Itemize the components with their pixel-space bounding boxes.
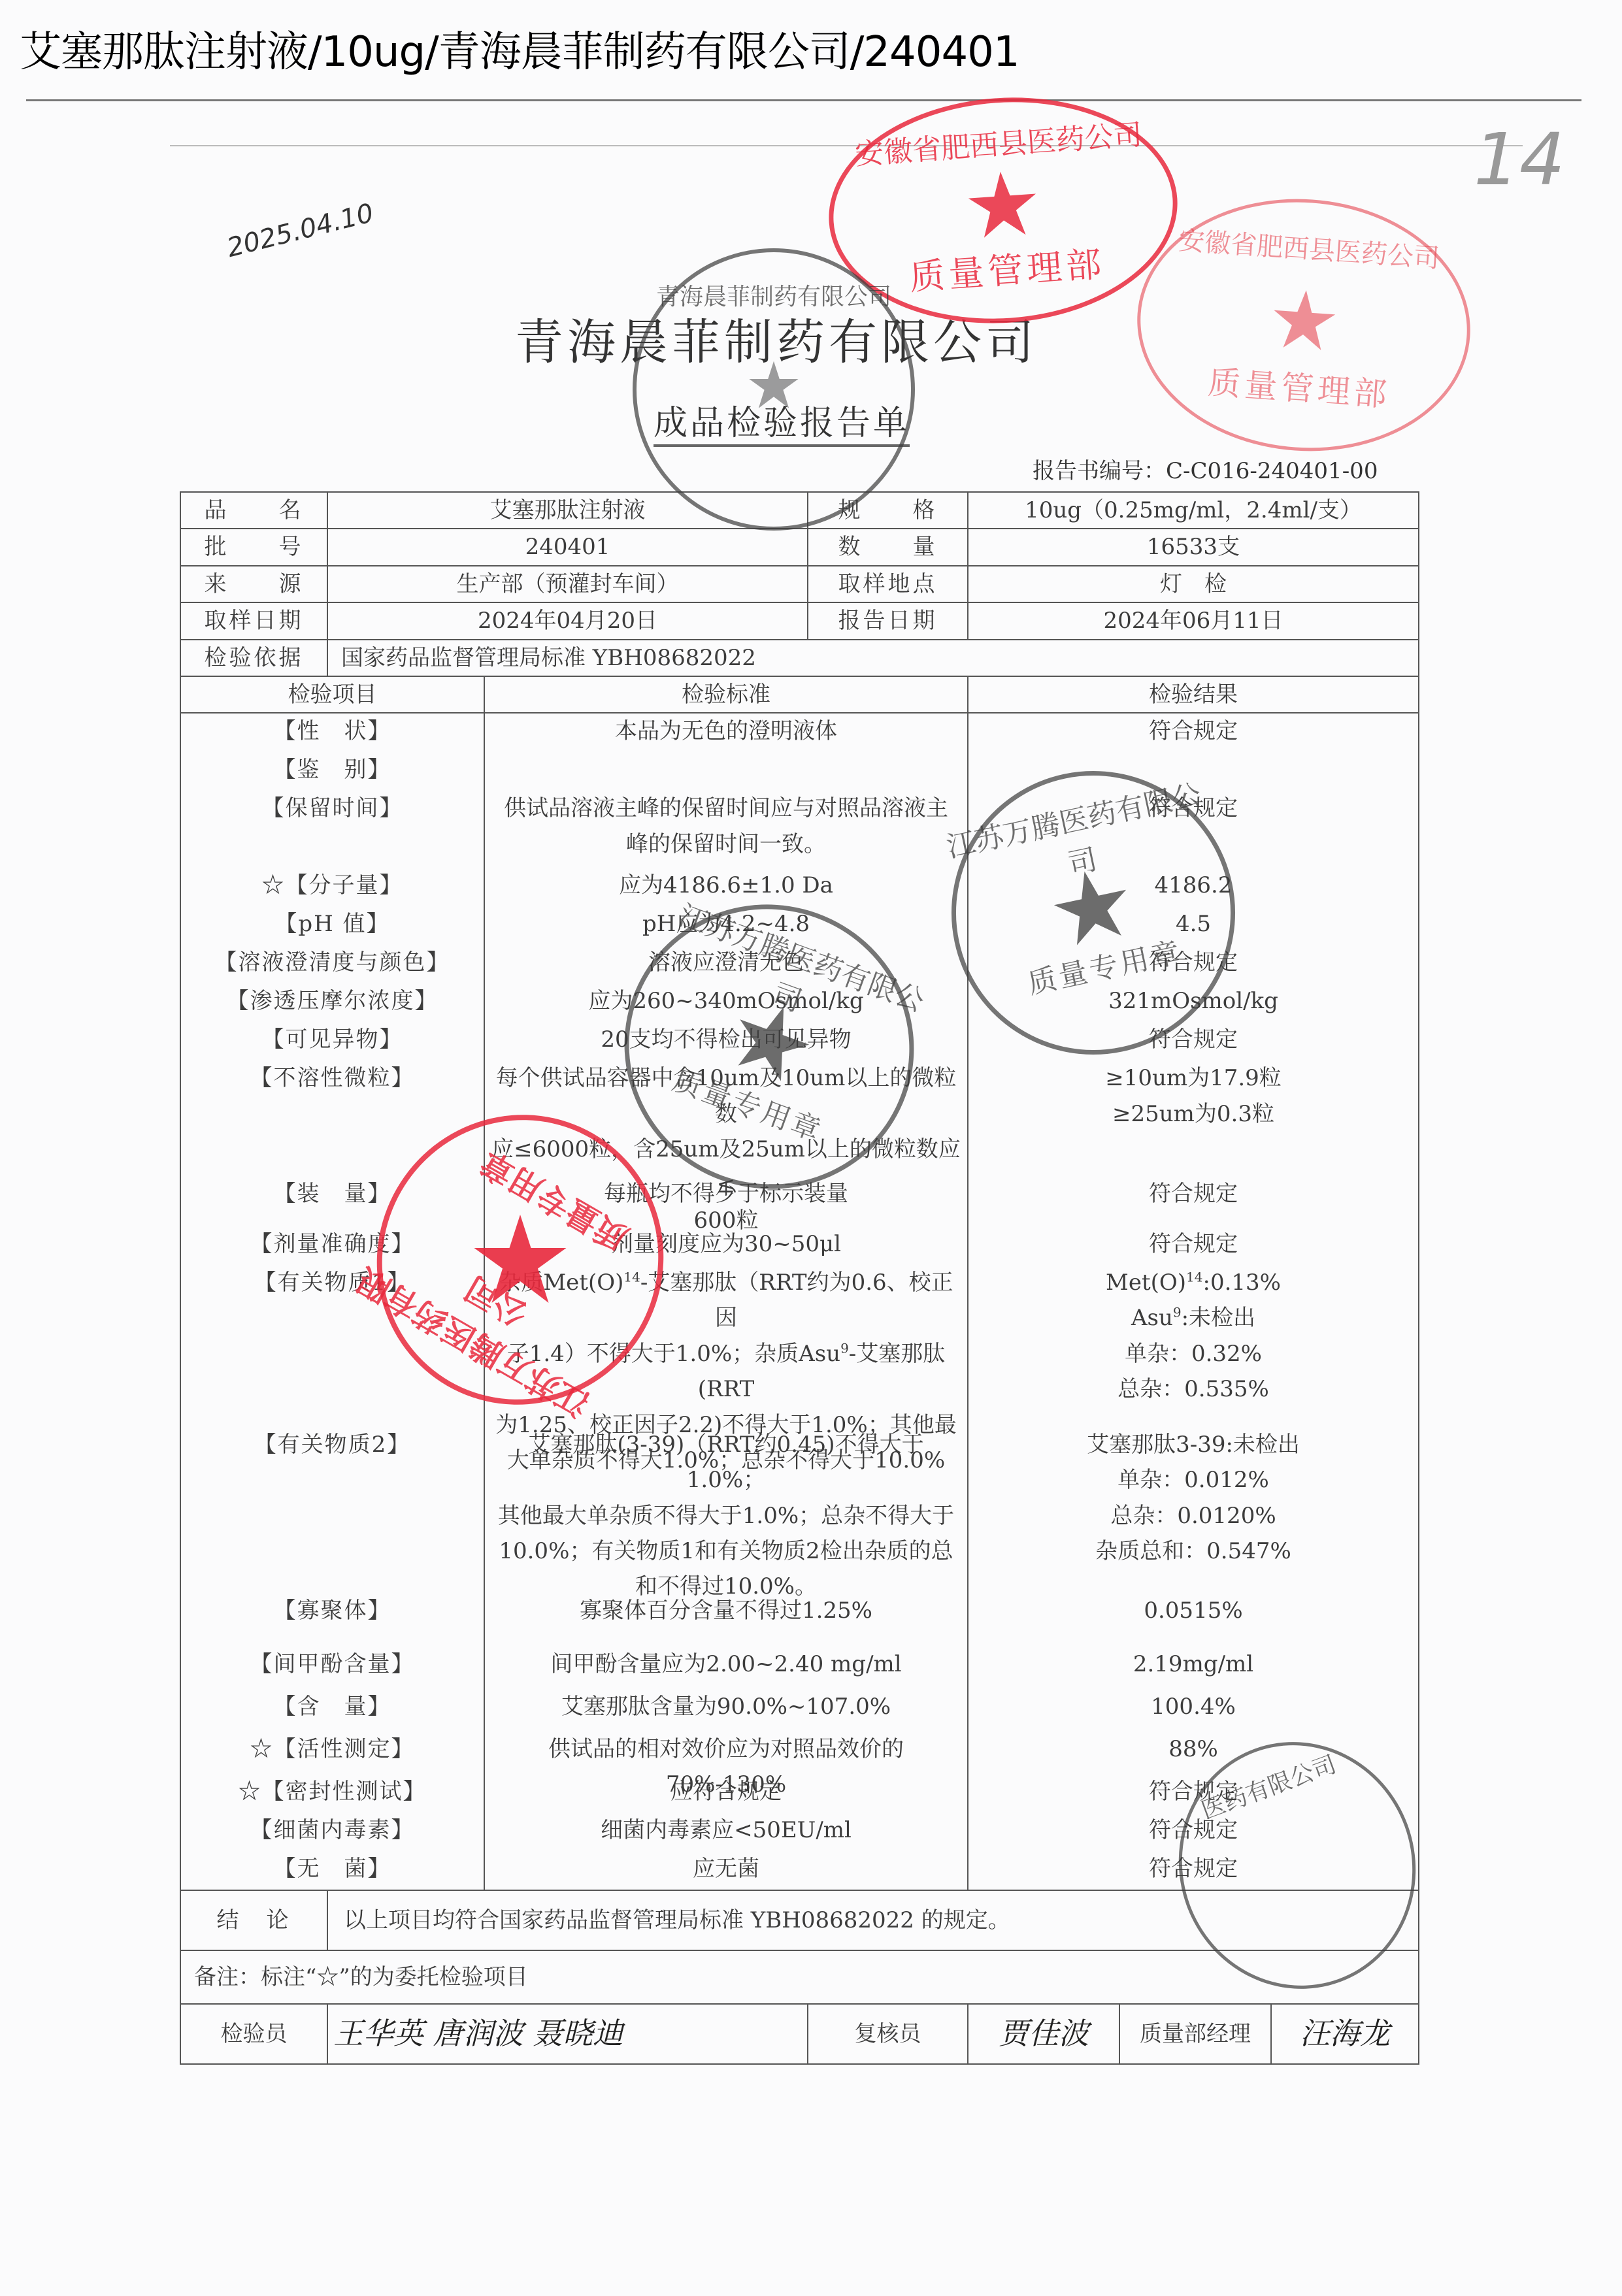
test-standard-7: 20支均不得检出可见异物 — [490, 1022, 962, 1060]
value-spec: 10ug（0.25mg/ml，2.4ml/支） — [968, 492, 1419, 529]
label-batch: 批 号 — [180, 529, 327, 565]
test-standard-5: 溶液应澄清无色 — [490, 945, 962, 983]
stamp-anhui-quality-dept-2: 安徽省肥西县医药公司 质量管理部 — [1129, 188, 1479, 463]
test-item-6: 【渗透压摩尔浓度】 — [186, 983, 478, 1022]
test-result-19: 符合规定 — [974, 1851, 1413, 1890]
test-standard-19: 应无菌 — [490, 1851, 962, 1890]
test-standard-10: 剂量刻度应为30~50μl — [490, 1226, 962, 1265]
test-item-16: ☆【活性测定】 — [186, 1731, 478, 1774]
signature-manager: 汪海龙 — [1272, 2010, 1418, 2058]
label-sampling-place: 取样地点 — [808, 566, 968, 602]
test-result-1 — [974, 752, 1413, 791]
value-quantity: 16533支 — [968, 529, 1419, 565]
test-result-2: 符合规定 — [974, 791, 1413, 868]
test-item-18: 【细菌内毒素】 — [186, 1812, 478, 1851]
tests-items-column: 【性 状】【鉴 别】【保留时间】☆【分子量】【pH 值】【溶液澄清度与颜色】【渗… — [180, 713, 484, 1890]
row-source: 来 源 生产部（预灌封车间） 取样地点 灯 检 — [180, 566, 1419, 602]
label-report-date: 报告日期 — [808, 602, 968, 639]
value-source: 生产部（预灌封车间） — [327, 566, 808, 602]
signature-reviewer: 贾佳波 — [968, 2005, 1120, 2063]
row-remark: 备注：标注“☆”的为委托检验项目 — [180, 1950, 1419, 2004]
test-standard-13: 寡聚体百分含量不得过1.25% — [490, 1593, 962, 1647]
test-item-11: 【有关物质1】 — [186, 1265, 478, 1427]
company-title: 青海晨菲制药有限公司 — [515, 304, 1038, 373]
test-result-6: 321mOsmol/kg — [974, 983, 1413, 1022]
test-standard-4: pH应为4.2~4.8 — [490, 906, 962, 945]
label-inspector: 检验员 — [180, 2004, 327, 2064]
value-sampling-date: 2024年04月20日 — [327, 602, 808, 639]
tests-results-column: 符合规定符合规定4186.24.5符合规定321mOsmol/kg符合规定≥10… — [968, 713, 1419, 1890]
row-conclusion: 结 论 以上项目均符合国家药品监督管理局标准 YBH08682022 的规定。 — [180, 1890, 1419, 1950]
handwritten-page-number: 14 — [1474, 118, 1565, 201]
test-result-10: 符合规定 — [974, 1226, 1413, 1265]
test-item-13: 【寡聚体】 — [186, 1593, 478, 1647]
tests-standards-column: 本品为无色的澄明液体供试品溶液主峰的保留时间应与对照品溶液主峰的保留时间一致。应… — [484, 713, 968, 1890]
test-standard-17: 应符合规定 — [490, 1774, 962, 1812]
test-standard-1 — [490, 752, 962, 791]
test-item-8: 【不溶性微粒】 — [186, 1060, 478, 1176]
value-product-name: 艾塞那肽注射液 — [327, 492, 808, 529]
test-standard-12: 艾塞那肽(3-39)（RRT约0.45)不得大于1.0%；其他最大单杂质不得大于… — [490, 1427, 962, 1593]
stamp-anhui-quality-dept: 安徽省肥西县医药公司 质量管理部 — [821, 86, 1185, 335]
test-result-16: 88% — [974, 1731, 1413, 1774]
test-item-14: 【间甲酚含量】 — [186, 1647, 478, 1689]
test-result-9: 符合规定 — [974, 1176, 1413, 1226]
signature-inspector: 王华英 唐润波 聂晓迪 — [327, 2004, 808, 2064]
test-result-0: 符合规定 — [974, 713, 1413, 752]
value-basis: 国家药品监督管理局标准 YBH08682022 — [327, 640, 1419, 676]
test-result-7: 符合规定 — [974, 1022, 1413, 1060]
reviewer-manager-cell: 贾佳波 质量部经理 汪海龙 — [968, 2004, 1419, 2064]
test-item-17: ☆【密封性测试】 — [186, 1774, 478, 1812]
test-standard-16: 供试品的相对效价应为对照品效价的70%-130% — [490, 1731, 962, 1774]
col-header-standard: 检验标准 — [484, 676, 968, 713]
label-quantity: 数 量 — [808, 529, 968, 565]
row-dates: 取样日期 2024年04月20日 报告日期 2024年06月11日 — [180, 602, 1419, 639]
test-standard-18: 细菌内毒素应<50EU/ml — [490, 1812, 962, 1851]
test-result-17: 符合规定 — [974, 1774, 1413, 1812]
col-header-item: 检验项目 — [180, 676, 484, 713]
label-manager: 质量部经理 — [1120, 2005, 1272, 2063]
value-conclusion: 以上项目均符合国家药品监督管理局标准 YBH08682022 的规定。 — [327, 1890, 1419, 1950]
test-standard-15: 艾塞那肽含量为90.0%~107.0% — [490, 1689, 962, 1731]
test-result-15: 100.4% — [974, 1689, 1413, 1731]
label-product-name: 品 名 — [180, 492, 327, 529]
label-sampling-date: 取样日期 — [180, 602, 327, 639]
test-standard-6: 应为260~340mOsmol/kg — [490, 983, 962, 1022]
star-icon — [965, 167, 1041, 243]
stamp-qinghai-company: 青海晨菲制药有限公司 — [633, 248, 915, 531]
label-spec: 规 格 — [808, 492, 968, 529]
test-item-5: 【溶液澄清度与颜色】 — [186, 945, 478, 983]
test-item-15: 【含 量】 — [186, 1689, 478, 1731]
test-standard-0: 本品为无色的澄明液体 — [490, 713, 962, 752]
report-number: 报告书编号：C-C016-240401-00 — [1033, 453, 1378, 485]
test-standard-11: 杂质Met(O)14-艾塞那肽（RRT约为0.6、校正因子1.4）不得大于1.0… — [490, 1265, 962, 1427]
test-item-1: 【鉴 别】 — [186, 752, 478, 791]
test-item-0: 【性 状】 — [186, 713, 478, 752]
test-result-13: 0.0515% — [974, 1593, 1413, 1647]
top-divider — [26, 99, 1581, 101]
remark-text: 备注：标注“☆”的为委托检验项目 — [180, 1950, 1419, 2004]
test-item-10: 【剂量准确度】 — [186, 1226, 478, 1265]
test-standard-3: 应为4186.6±1.0 Da — [490, 868, 962, 906]
row-basis: 检验依据 国家药品监督管理局标准 YBH08682022 — [180, 640, 1419, 676]
test-standard-2: 供试品溶液主峰的保留时间应与对照品溶液主峰的保留时间一致。 — [490, 791, 962, 868]
test-item-4: 【pH 值】 — [186, 906, 478, 945]
label-basis: 检验依据 — [180, 640, 327, 676]
test-standard-8: 每个供试品容器中含10um及10um以上的微粒数应≤6000粒，含25um及25… — [490, 1060, 962, 1176]
test-item-3: ☆【分子量】 — [186, 868, 478, 906]
test-result-3: 4186.2 — [974, 868, 1413, 906]
test-result-11: Met(O)14:0.13%Asu9:未检出单杂：0.32%总杂：0.535% — [974, 1265, 1413, 1427]
label-source: 来 源 — [180, 566, 327, 602]
test-result-14: 2.19mg/ml — [974, 1647, 1413, 1689]
test-result-12: 艾塞那肽3-39:未检出单杂：0.012%总杂：0.0120%杂质总和：0.54… — [974, 1427, 1413, 1593]
col-header-result: 检验结果 — [968, 676, 1419, 713]
test-result-18: 符合规定 — [974, 1812, 1413, 1851]
test-item-9: 【装 量】 — [186, 1176, 478, 1226]
row-signatures: 检验员 王华英 唐润波 聂晓迪 复核员 贾佳波 质量部经理 汪海龙 — [180, 2004, 1419, 2064]
star-icon — [1269, 285, 1339, 355]
secondary-divider — [170, 145, 1523, 146]
test-result-4: 4.5 — [974, 906, 1413, 945]
test-result-8: ≥10um为17.9粒≥25um为0.3粒 — [974, 1060, 1413, 1176]
report-number-value: C-C016-240401-00 — [1166, 458, 1378, 484]
value-report-date: 2024年06月11日 — [968, 602, 1419, 639]
row-product-name: 品 名 艾塞那肽注射液 规 格 10ug（0.25mg/ml，2.4ml/支） — [180, 492, 1419, 529]
test-item-19: 【无 菌】 — [186, 1851, 478, 1890]
inspection-report-table: 品 名 艾塞那肽注射液 规 格 10ug（0.25mg/ml，2.4ml/支） … — [180, 491, 1419, 2065]
row-batch: 批 号 240401 数 量 16533支 — [180, 529, 1419, 565]
test-item-7: 【可见异物】 — [186, 1022, 478, 1060]
report-number-label: 报告书编号： — [1033, 458, 1166, 484]
test-result-5: 符合规定 — [974, 945, 1413, 983]
test-item-12: 【有关物质2】 — [186, 1427, 478, 1593]
tests-header-row: 检验项目 检验标准 检验结果 — [180, 676, 1419, 713]
tests-body: 【性 状】【鉴 别】【保留时间】☆【分子量】【pH 值】【溶液澄清度与颜色】【渗… — [180, 713, 1419, 1890]
value-batch: 240401 — [327, 529, 808, 565]
value-sampling-place: 灯 检 — [968, 566, 1419, 602]
label-reviewer: 复核员 — [808, 2004, 968, 2064]
document-file-label: 艾塞那肽注射液/10ug/青海晨菲制药有限公司/240401 — [20, 18, 1019, 78]
test-item-2: 【保留时间】 — [186, 791, 478, 868]
report-title: 成品检验报告单 — [654, 395, 910, 447]
test-standard-14: 间甲酚含量应为2.00~2.40 mg/ml — [490, 1647, 962, 1689]
handwritten-date: 2025.04.10 — [224, 198, 376, 263]
label-conclusion: 结 论 — [180, 1890, 327, 1950]
